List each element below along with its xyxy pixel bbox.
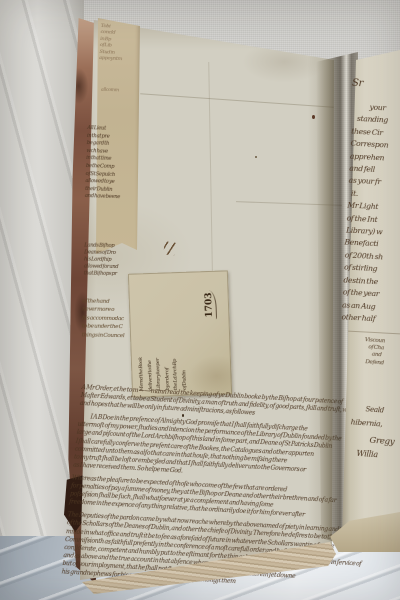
slip-year-1703: 1703 xyxy=(204,290,217,319)
slip-rotated-text: Memd the Bookdeliverd to theLibrary keep… xyxy=(134,279,198,391)
ink-speck xyxy=(255,156,257,158)
margin-notes-middle: All Lieutin that prebe gard thwch havein… xyxy=(85,125,146,203)
docket-note: Viscounof ChaandDefend xyxy=(355,337,400,369)
double-slash-mark xyxy=(163,241,176,255)
letter-salutation: Sr xyxy=(352,78,364,90)
signature-block: Sealdhibernia,GregyWillia xyxy=(346,402,400,463)
margin-notes-top: Tobiconcldin Bpof LibStud inappoyntm xyxy=(99,23,141,63)
margin-note-small: all comm xyxy=(101,88,119,94)
signature-line: hibernia, xyxy=(350,415,400,432)
ink-speck xyxy=(312,115,315,119)
ink-speck xyxy=(182,414,184,417)
photo-of-manuscript-book: Tobiconcldin Bpof LibStud inappoyntm all… xyxy=(0,0,400,600)
pasted-paper-slip: Memd the Bookdeliverd to theLibrary keep… xyxy=(128,270,232,397)
letter-text-partial: yourstandingthese CirCorresponapprehenan… xyxy=(340,101,400,327)
